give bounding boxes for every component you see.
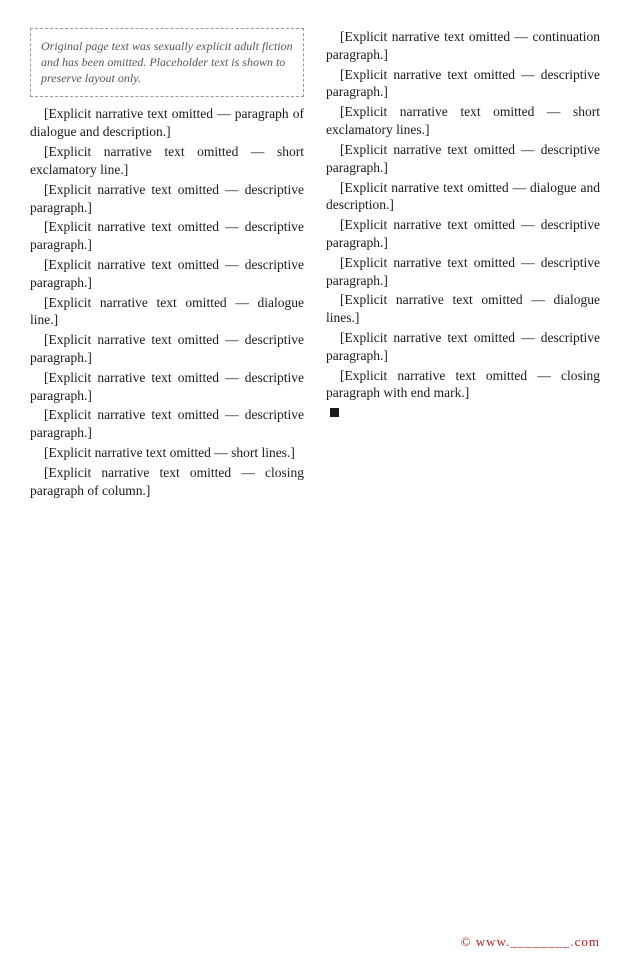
document-page: Original page text was sexually explicit… [0,0,630,966]
paragraph: [Explicit narrative text omitted — descr… [326,216,600,252]
paragraph: [Explicit narrative text omitted — parag… [30,105,304,141]
content-omitted-note: Original page text was sexually explicit… [30,28,304,97]
paragraph: [Explicit narrative text omitted — dialo… [326,179,600,215]
paragraph: [Explicit narrative text omitted — dialo… [30,294,304,330]
paragraph: [Explicit narrative text omitted — descr… [30,256,304,292]
paragraph: [Explicit narrative text omitted — descr… [326,66,600,102]
paragraph: [Explicit narrative text omitted — closi… [326,367,600,403]
paragraph: [Explicit narrative text omitted — descr… [30,406,304,442]
paragraph: [Explicit narrative text omitted — dialo… [326,291,600,327]
paragraph: [Explicit narrative text omitted — closi… [30,464,304,500]
paragraph: [Explicit narrative text omitted — descr… [30,181,304,217]
paragraph: [Explicit narrative text omitted — descr… [30,331,304,367]
paragraph: [Explicit narrative text omitted — descr… [30,218,304,254]
left-column: Original page text was sexually explicit… [30,28,304,928]
paragraph: [Explicit narrative text omitted — descr… [326,254,600,290]
paragraph: [Explicit narrative text omitted — short… [30,143,304,179]
paragraph: [Explicit narrative text omitted — descr… [326,329,600,365]
paragraph: [Explicit narrative text omitted — short… [326,103,600,139]
paragraph: [Explicit narrative text omitted — short… [30,444,304,462]
paragraph: [Explicit narrative text omitted — descr… [30,369,304,405]
paragraph: [Explicit narrative text omitted — descr… [326,141,600,177]
text-columns: Original page text was sexually explicit… [30,28,600,928]
end-of-story-mark [330,408,339,417]
right-column: [Explicit narrative text omitted — conti… [326,28,600,928]
page-footer: © www.________.com [30,928,600,956]
publisher-credit: © www.________.com [461,934,600,950]
paragraph: [Explicit narrative text omitted — conti… [326,28,600,64]
